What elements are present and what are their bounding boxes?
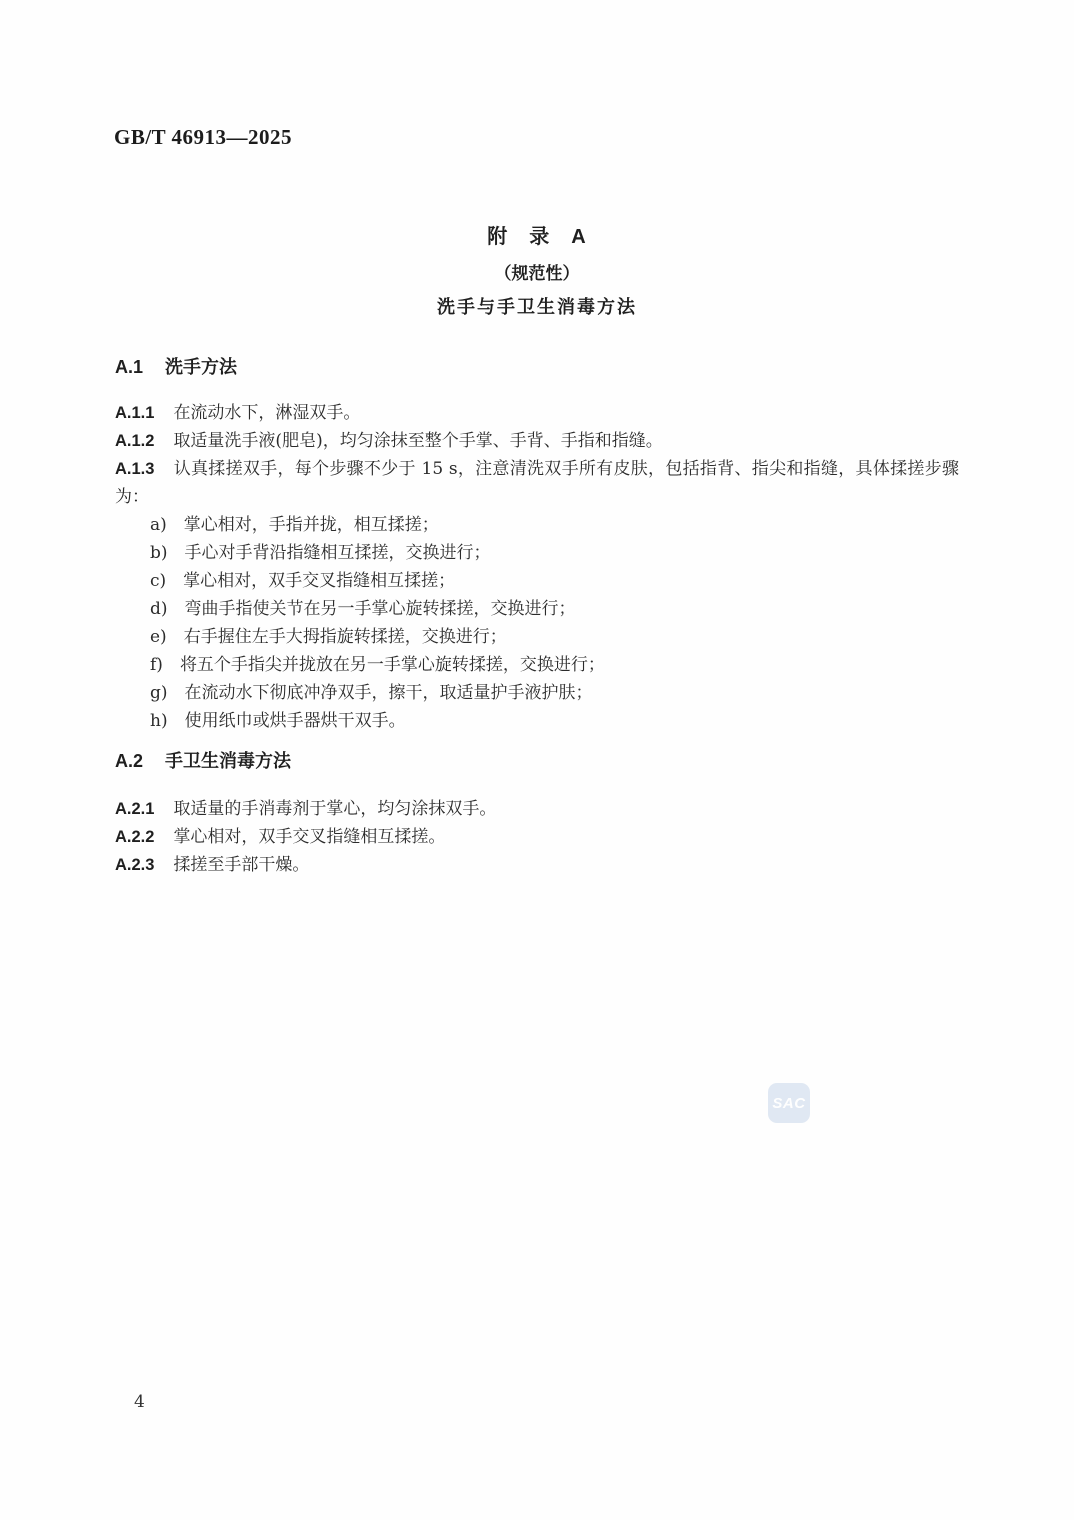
clause-text: 在流动水下，淋湿双手。	[173, 403, 360, 423]
list-item-text: 将五个手指尖并拢放在另一手掌心旋转揉搓，交换进行；	[180, 655, 605, 675]
clause-number: A.1.2	[115, 432, 154, 450]
list-item-label: h)	[150, 711, 168, 731]
section-heading-a2: A.2手卫生消毒方法	[115, 749, 959, 773]
appendix-normative-label: （规范性）	[115, 259, 959, 284]
section-heading-a1: A.1洗手方法	[115, 355, 959, 379]
clause-text: 取适量的手消毒剂于掌心，均匀涂抹双手。	[173, 799, 496, 819]
clause-number: A.2.2	[115, 828, 154, 846]
standard-number: GB/T 46913—2025	[114, 125, 292, 150]
list-item-label: f)	[150, 655, 163, 675]
list-item-text: 弯曲手指使关节在另一手掌心旋转揉搓，交换进行；	[185, 599, 576, 619]
clause-number: A.2.1	[115, 800, 154, 818]
clause-number: A.2.3	[115, 856, 154, 874]
document-content: 附 录 A （规范性） 洗手与手卫生消毒方法 A.1洗手方法 A.1.1在流动水…	[115, 220, 959, 879]
list-item: f)将五个手指尖并拢放在另一手掌心旋转揉搓，交换进行；	[150, 651, 959, 679]
list-item-label: b)	[150, 543, 168, 563]
list-item-text: 手心对手背沿指缝相互揉搓，交换进行；	[185, 543, 491, 563]
section-title: 手卫生消毒方法	[165, 751, 291, 771]
list-item-label: e)	[150, 627, 167, 647]
list-item: d)弯曲手指使关节在另一手掌心旋转揉搓，交换进行；	[150, 595, 959, 623]
list-item: c)掌心相对，双手交叉指缝相互揉搓；	[150, 567, 959, 595]
section-number: A.2	[115, 751, 143, 771]
list-item: h)使用纸巾或烘手器烘干双手。	[150, 707, 959, 735]
sac-watermark: SAC	[768, 1083, 810, 1123]
list-item: e)右手握住左手大拇指旋转揉搓，交换进行；	[150, 623, 959, 651]
clause-a23: A.2.3揉搓至手部干燥。	[115, 851, 959, 879]
clause-text: 掌心相对，双手交叉指缝相互揉搓。	[173, 827, 445, 847]
list-item: g)在流动水下彻底冲净双手，擦干，取适量护手液护肤；	[150, 679, 959, 707]
list-item-label: c)	[150, 571, 166, 591]
clause-a13: A.1.3认真揉搓双手，每个步骤不少于 15 s，注意清洗双手所有皮肤，包括指背…	[115, 455, 959, 511]
list-item-text: 右手握住左手大拇指旋转揉搓，交换进行；	[184, 627, 507, 647]
clause-a22: A.2.2掌心相对，双手交叉指缝相互揉搓。	[115, 823, 959, 851]
appendix-title: 附 录 A	[115, 220, 959, 249]
list-item-text: 使用纸巾或烘手器烘干双手。	[185, 711, 406, 731]
list-item-label: d)	[150, 599, 168, 619]
page-number: 4	[134, 1392, 145, 1412]
section-title: 洗手方法	[165, 357, 237, 377]
list-item: a)掌心相对，手指并拢，相互揉搓；	[150, 511, 959, 539]
document-page: GB/T 46913—2025 附 录 A （规范性） 洗手与手卫生消毒方法 A…	[0, 0, 1074, 1520]
sac-watermark-text: SAC	[772, 1095, 805, 1112]
clause-a11: A.1.1在流动水下，淋湿双手。	[115, 399, 959, 427]
clause-text: 认真揉搓双手，每个步骤不少于 15 s，注意清洗双手所有皮肤，包括指背、指尖和指…	[115, 459, 959, 507]
clause-text: 取适量洗手液(肥皂)，均匀涂抹至整个手掌、手背、手指和指缝。	[173, 431, 662, 451]
list-item: b)手心对手背沿指缝相互揉搓，交换进行；	[150, 539, 959, 567]
list-item-text: 掌心相对，手指并拢，相互揉搓；	[184, 515, 439, 535]
clause-number: A.1.3	[115, 460, 154, 478]
list-item-text: 掌心相对，双手交叉指缝相互揉搓；	[183, 571, 455, 591]
list-item-text: 在流动水下彻底冲净双手，擦干，取适量护手液护肤；	[185, 683, 593, 703]
clause-number: A.1.1	[115, 404, 154, 422]
clause-text: 揉搓至手部干燥。	[173, 855, 309, 875]
list-item-label: g)	[150, 683, 168, 703]
clause-a21: A.2.1取适量的手消毒剂于掌心，均匀涂抹双手。	[115, 795, 959, 823]
section-number: A.1	[115, 357, 143, 377]
list-item-label: a)	[150, 515, 167, 535]
step-list: a)掌心相对，手指并拢，相互揉搓； b)手心对手背沿指缝相互揉搓，交换进行； c…	[115, 511, 959, 735]
appendix-heading: 洗手与手卫生消毒方法	[115, 293, 959, 319]
clause-a12: A.1.2取适量洗手液(肥皂)，均匀涂抹至整个手掌、手背、手指和指缝。	[115, 427, 959, 455]
